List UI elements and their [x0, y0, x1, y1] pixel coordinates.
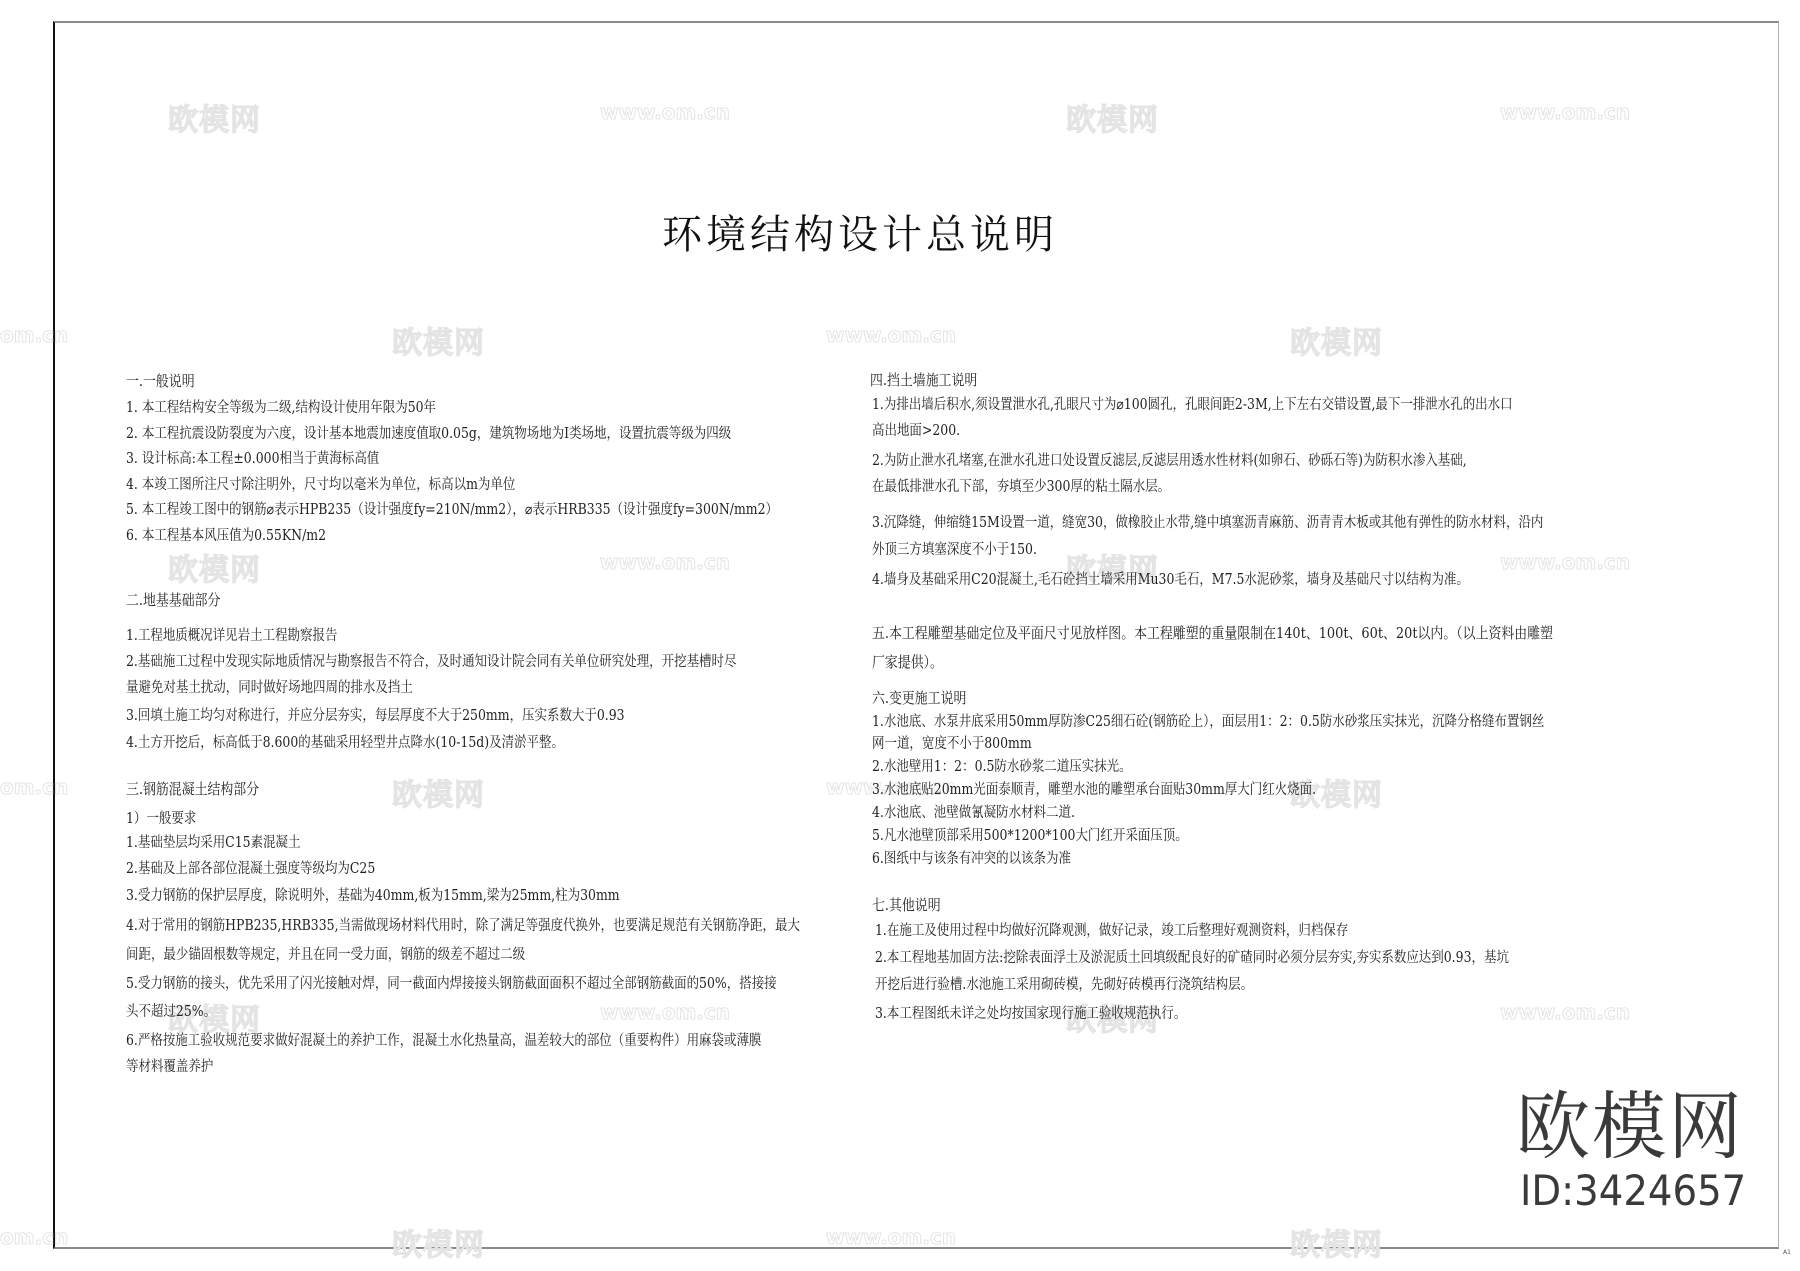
- list-item: 间距，最少锚固根数等规定，并且在同一受力面，钢筋的级差不超过二级: [126, 946, 525, 964]
- logo-text: 欧模网: [1516, 1087, 1766, 1167]
- section-heading: 一.一般说明: [126, 372, 195, 390]
- section-heading: 六.变更施工说明: [872, 689, 966, 707]
- list-item: 2.为防止泄水孔堵塞,在泄水孔进口处设置反滤层,反滤层用透水性材料(如卵石、砂砾…: [872, 452, 1467, 470]
- list-item: 4.土方开挖后，标高低于8.600的基础采用轻型井点降水(10-15d)及清淤平…: [126, 734, 564, 752]
- section-heading: 二.地基基础部分: [126, 591, 220, 609]
- list-item: 3.受力钢筋的保护层厚度，除说明外，基础为40mm,板为15mm,梁为25mm,…: [126, 887, 620, 905]
- sheet-size-mark: A1: [1783, 1249, 1791, 1256]
- list-item: 2.本工程地基加固方法:挖除表面浮土及淤泥质土回填级配良好的矿碴同时必须分层夯实…: [875, 949, 1509, 967]
- list-item: 4.对于常用的钢筋HPB235,HRB335,当需做现场材料代用时，除了满足等强…: [126, 917, 800, 935]
- list-item: 高出地面>200.: [872, 422, 960, 440]
- logo-id: ID:3424657: [1520, 1167, 1746, 1215]
- list-item: 网一道，宽度不小于800mm: [872, 735, 1032, 753]
- list-item: 1.水池底、水泵井底采用50mm厚防渗C25细石砼(钢筋砼上），面层用1：2：0…: [872, 713, 1544, 731]
- list-item: 5.凡水池壁顶部采用500*1200*100大门红开采面压顶。: [872, 827, 1188, 845]
- list-item: 头不超过25%。: [126, 1003, 216, 1021]
- paragraph-line: 五.本工程雕塑基础定位及平面尺寸见放样图。本工程雕塑的重量限制在140t、100…: [872, 624, 1553, 642]
- section-heading: 四.挡土墙施工说明: [870, 371, 977, 389]
- list-item: 2.基础及上部各部位混凝土强度等级均为C25: [126, 860, 375, 878]
- list-item: 1.基础垫层均采用C15素混凝土: [126, 834, 300, 852]
- list-item: 在最低排泄水孔下部，夯填至少300厚的粘土隔水层。: [872, 478, 1170, 496]
- list-item: 2.基础施工过程中发现实际地质情况与勘察报告不符合，及时通知设计院会同有关单位研…: [126, 653, 736, 671]
- list-item: 4.水池底、池壁做氰凝防水材料二道.: [872, 804, 1075, 822]
- list-item: 5.受力钢筋的接头，优先采用了闪光接触对焊，同一截面内焊接接头钢筋截面面积不超过…: [126, 975, 777, 993]
- list-item: 1. 本工程结构安全等级为二级,结构设计使用年限为50年: [126, 399, 436, 417]
- list-item: 6.图纸中与该条有冲突的以该条为准: [872, 850, 1071, 868]
- list-item: 3.沉降缝，伸缩缝15M设置一道，缝宽30，做橡胶止水带,缝中填塞沥青麻筋、沥青…: [872, 514, 1543, 532]
- list-item: 6. 本工程基本风压值为0.55KN/m2: [126, 527, 326, 545]
- paragraph-line: 厂家提供）。: [872, 653, 943, 671]
- subsection-heading: 1）一般要求: [126, 810, 196, 828]
- section-heading: 三.钢筋混凝土结构部分: [126, 780, 259, 798]
- list-item: 5. 本工程竣工图中的钢筋⌀表示HPB235（设计强度fy=210N/mm2），…: [126, 501, 778, 519]
- list-item: 3.本工程图纸未详之处均按国家现行施工验收规范执行。: [875, 1005, 1186, 1023]
- list-item: 3.水池底贴20mm光面泰顺青，雕塑水池的雕塑承台面贴30mm厚大门红火烧面.: [872, 781, 1316, 799]
- list-item: 2.水池壁用1：2：0.5防水砂浆二道压实抹光。: [872, 758, 1132, 776]
- list-item: 开挖后进行验槽.水池施工采用砌砖模，先砌好砖模再行浇筑结构层。: [875, 976, 1253, 994]
- list-item: 4. 本竣工图所注尺寸除注明外，尺寸均以毫米为单位，标高以m为单位: [126, 476, 515, 494]
- list-item: 4.墙身及基础采用C20混凝土,毛石砼挡土墙采用Mu30毛石，M7.5水泥砂浆，…: [872, 571, 1469, 589]
- list-item: 6.严格按施工验收规范要求做好混凝土的养护工作，混凝土水化热量高，温差较大的部位…: [126, 1032, 761, 1050]
- list-item: 1.工程地质概况详见岩土工程勘察报告: [126, 627, 337, 645]
- list-item: 2. 本工程抗震设防裂度为六度，设计基本地震加速度值取0.05g，建筑物场地为Ⅰ…: [126, 425, 731, 443]
- brand-logo: 欧模网 ID:3424657: [1516, 1087, 1766, 1215]
- page-title: 环境结构设计总说明: [650, 203, 1070, 260]
- list-item: 量避免对基土扰动，同时做好场地四周的排水及挡土: [126, 679, 413, 697]
- list-item: 等材料覆盖养护: [126, 1058, 213, 1076]
- list-item: 外顶三方填塞深度不小于150.: [872, 541, 1037, 559]
- list-item: 3.回填土施工均匀对称进行，并应分层夯实，每层厚度不大于250mm，压实系数大于…: [126, 707, 625, 725]
- section-heading: 七.其他说明: [872, 896, 941, 914]
- list-item: 1.在施工及使用过程中均做好沉降观测，做好记录，竣工后整理好观测资料，归档保存: [875, 922, 1348, 940]
- list-item: 1.为排出墙后积水,须设置泄水孔,孔眼尺寸为⌀100圆孔，孔眼间距2-3M,上下…: [872, 396, 1513, 414]
- list-item: 3. 设计标高:本工程±0.000相当于黄海标高值: [126, 450, 379, 468]
